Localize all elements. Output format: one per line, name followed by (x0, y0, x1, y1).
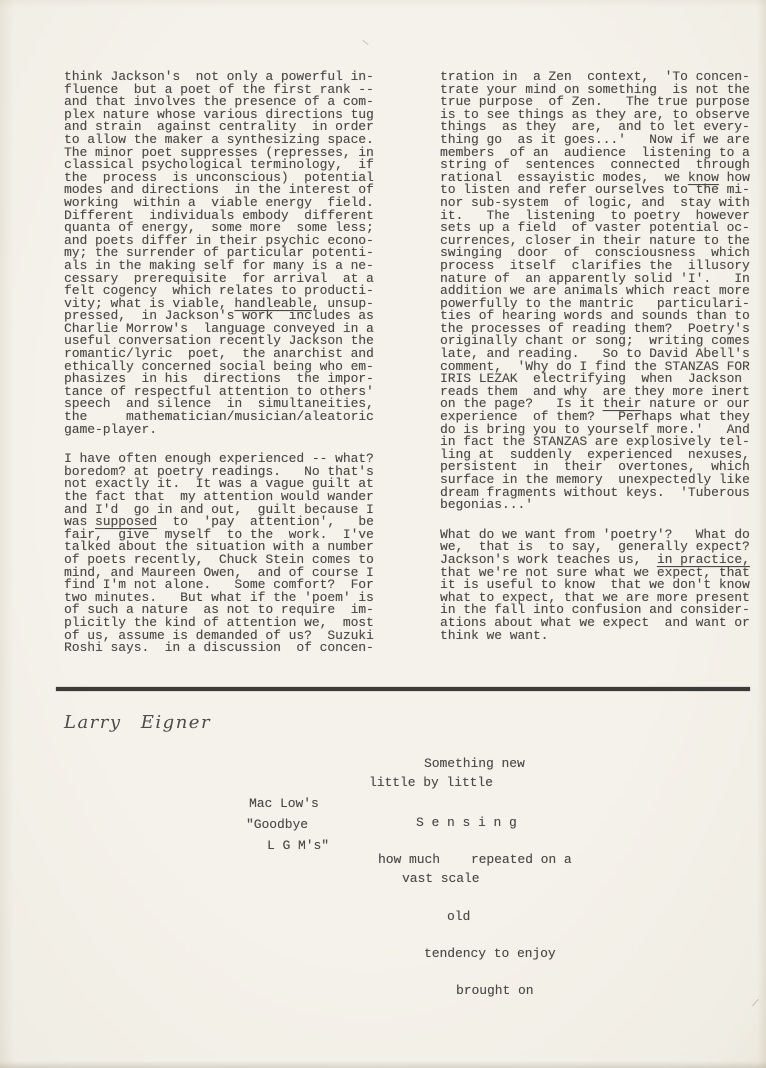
poem-line: "Goodbye (246, 818, 308, 831)
poem: Something newlittle by littleMac Low's"G… (0, 0, 766, 1068)
poem-line: S e n s i n g (416, 816, 517, 829)
poem-line: brought on (456, 984, 533, 997)
poem-line: Something new (424, 757, 525, 770)
poem-line: vast scale (402, 872, 479, 885)
scanned-page: think Jackson's not only a powerful in- … (0, 0, 766, 1068)
poem-line: how much repeated on a (378, 853, 572, 866)
poem-line: old (447, 910, 470, 923)
poem-line: little by little (369, 776, 493, 789)
poem-line: tendency to enjoy (424, 947, 556, 960)
poem-line: Mac Low's (249, 797, 319, 810)
poem-line: L G M's" (267, 839, 329, 852)
